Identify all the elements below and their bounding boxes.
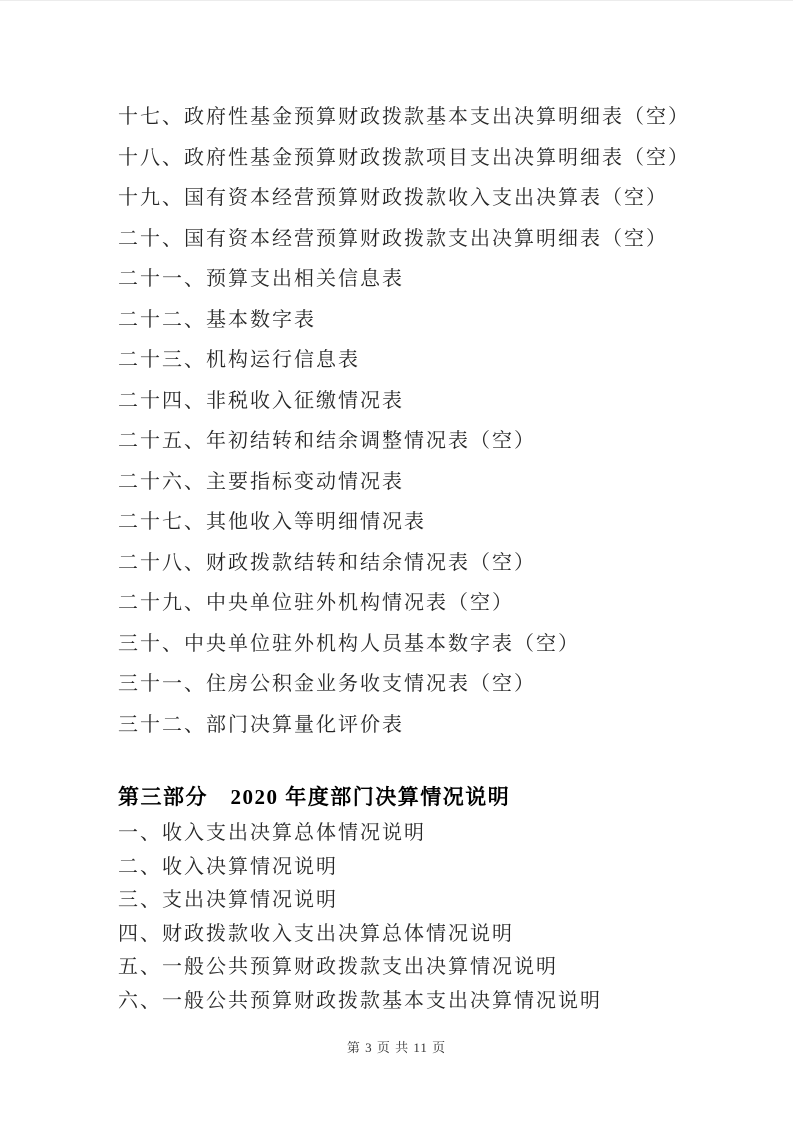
toc-item-note-3: 三、支出决算情况说明 [118, 884, 602, 918]
toc-item-26: 二十六、主要指标变动情况表 [118, 462, 690, 503]
section-heading-part3: 第三部分 2020 年度部门决算情况说明 [118, 780, 510, 814]
toc-item-21: 二十一、预算支出相关信息表 [118, 259, 690, 300]
toc-list-tables: 十七、政府性基金预算财政拨款基本支出决算明细表（空） 十八、政府性基金预算财政拨… [118, 97, 690, 745]
toc-item-note-1: 一、收入支出决算总体情况说明 [118, 817, 602, 851]
toc-item-17: 十七、政府性基金预算财政拨款基本支出决算明细表（空） [118, 97, 690, 138]
toc-item-31: 三十一、住房公积金业务收支情况表（空） [118, 664, 690, 705]
toc-item-24: 二十四、非税收入征缴情况表 [118, 381, 690, 422]
toc-item-32: 三十二、部门决算量化评价表 [118, 705, 690, 746]
toc-item-note-2: 二、收入决算情况说明 [118, 851, 602, 885]
toc-item-29: 二十九、中央单位驻外机构情况表（空） [118, 583, 690, 624]
toc-item-22: 二十二、基本数字表 [118, 300, 690, 341]
document-page: 十七、政府性基金预算财政拨款基本支出决算明细表（空） 十八、政府性基金预算财政拨… [0, 0, 793, 1122]
toc-item-25: 二十五、年初结转和结余调整情况表（空） [118, 421, 690, 462]
toc-item-20: 二十、国有资本经营预算财政拨款支出决算明细表（空） [118, 219, 690, 260]
page-number-footer: 第 3 页 共 11 页 [0, 1037, 793, 1056]
toc-item-19: 十九、国有资本经营预算财政拨款收入支出决算表（空） [118, 178, 690, 219]
toc-item-28: 二十八、财政拨款结转和结余情况表（空） [118, 543, 690, 584]
toc-item-note-6: 六、一般公共预算财政拨款基本支出决算情况说明 [118, 985, 602, 1019]
toc-list-explanations: 一、收入支出决算总体情况说明 二、收入决算情况说明 三、支出决算情况说明 四、财… [118, 817, 602, 1018]
toc-item-23: 二十三、机构运行信息表 [118, 340, 690, 381]
toc-item-note-4: 四、财政拨款收入支出决算总体情况说明 [118, 918, 602, 952]
toc-item-18: 十八、政府性基金预算财政拨款项目支出决算明细表（空） [118, 138, 690, 179]
toc-item-27: 二十七、其他收入等明细情况表 [118, 502, 690, 543]
toc-item-30: 三十、中央单位驻外机构人员基本数字表（空） [118, 624, 690, 665]
toc-item-note-5: 五、一般公共预算财政拨款支出决算情况说明 [118, 951, 602, 985]
